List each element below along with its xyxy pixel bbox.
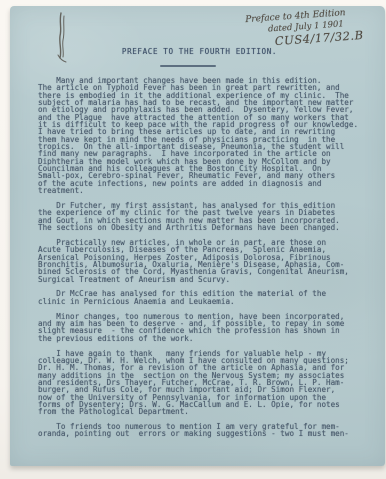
paragraph-7: To friends too numerous to mention I am … (38, 423, 368, 438)
paragraph-1: Many and important changes have been mad… (38, 77, 368, 195)
ink-scribble-icon (54, 10, 70, 66)
paragraph-4: Dr McCrae has analysed for this edition … (38, 290, 368, 305)
document-body: Many and important changes have been mad… (38, 77, 368, 438)
paragraph-2: Dr Futcher, my first assistant, has anal… (38, 202, 368, 231)
paragraph-5: Minor changes, too numerous to mention, … (38, 313, 368, 342)
paper: Preface to 4th Edition dated July 1 1901… (10, 6, 385, 466)
paragraph-3: Practically new articles, in whole or in… (38, 239, 368, 283)
scan-background: { "annotations": { "margin_mark": "ink-s… (0, 0, 386, 479)
handwritten-annotation: Preface to 4th Edition dated July 1 1901… (245, 5, 386, 49)
title-underline (160, 65, 216, 67)
page-title: PREFACE TO THE FOURTH EDITION. (38, 47, 361, 56)
paragraph-6: I have again to thank many friends for v… (38, 350, 368, 416)
